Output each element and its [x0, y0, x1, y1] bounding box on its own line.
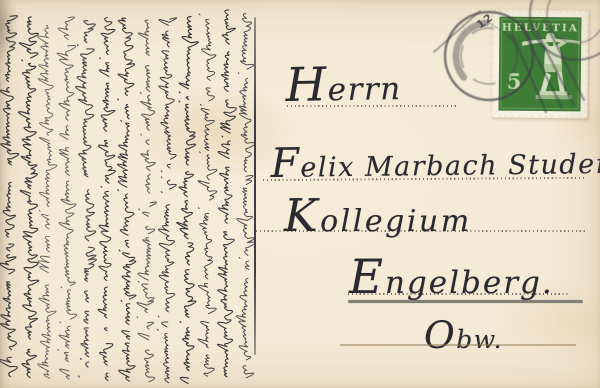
address-rule-3 — [256, 230, 586, 232]
postmark: 12 — [424, 0, 600, 126]
handwritten-message-script — [0, 0, 268, 388]
address-line-salutation: Herrn — [285, 60, 402, 109]
address-rule-4 — [348, 293, 568, 295]
address-line-canton: Obw. — [424, 317, 503, 355]
address-divider-line — [254, 17, 256, 355]
postmark-second-strike — [530, 0, 600, 60]
postmark-killer-bars — [512, 20, 584, 112]
address-underline-solid — [348, 300, 583, 303]
address-rule-5 — [340, 344, 576, 346]
postcard-photo: Herrn Felix Marbach Student Kollegium En… — [0, 0, 600, 388]
postcard-paper: Herrn Felix Marbach Student Kollegium En… — [0, 0, 600, 388]
